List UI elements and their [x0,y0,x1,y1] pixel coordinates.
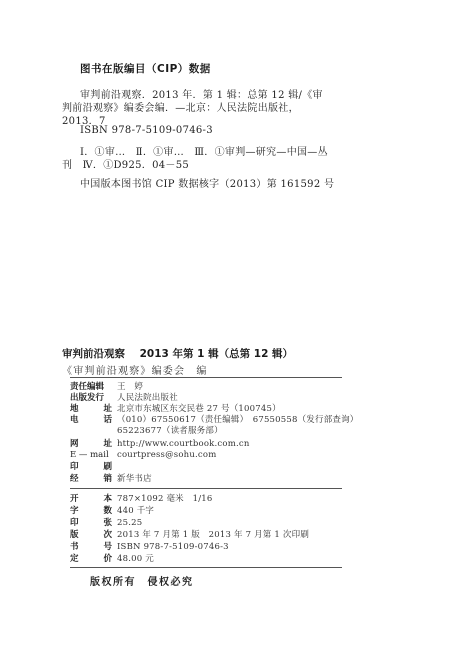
divider-rule [70,488,342,489]
spec-label: 印张 [70,518,112,529]
info-label: 出版发行 [70,393,112,404]
info-label: 地址 [70,404,112,415]
spec-label: 字数 [70,506,112,517]
book-title: 审判前沿观察 2013 年第 1 辑（总第 12 辑） [62,346,293,361]
info-label: E — mail [70,450,112,461]
info-value: （010）67550617（责任编辑） 67550558（发行部查询） [117,415,359,426]
spec-value: 440 千字 [117,506,154,517]
spec-label: 定价 [70,554,112,565]
spec-value: 25.25 [117,518,142,529]
book-title-name: 审判前沿观察 [62,348,125,360]
info-value: http://www.courtbook.com.cn [117,439,250,450]
info-label: 网址 [70,439,112,450]
info-label: 电话 [70,415,112,426]
editor-line: 《审判前沿观察》编委会 编 [62,362,208,377]
info-value: 北京市东城区东交民巷 27 号（100745） [117,404,281,415]
divider-rule [70,377,342,378]
spec-value: 787×1092 毫米 1/16 [117,494,212,505]
divider-rule [70,567,342,568]
spec-label: 书号 [70,542,112,553]
spec-label: 开本 [70,494,112,505]
cip-isbn: ISBN 978-7-5109-0746-3 [80,125,213,136]
info-value: 人民法院出版社 [117,393,178,404]
info-label: 经销 [70,474,112,485]
info-value: 新华书店 [117,474,152,485]
spec-value: 48.00 元 [117,554,154,565]
info-label: 印刷 [70,462,112,473]
info-label: 责任编辑 [70,382,112,393]
cip-record-number: 中国版本图书馆 CIP 数据核字（2013）第 161592 号 [80,175,334,190]
cip-classification-line: 刊 Ⅳ．①D925．04－55 [62,156,189,171]
copyright-notice: 版权所有 侵权必究 [90,573,194,588]
info-value: 王 婷 [117,382,143,393]
spec-value: ISBN 978-7-5109-0746-3 [117,542,229,553]
spec-value: 2013 年 7 月第 1 版 2013 年 7 月第 1 次印刷 [117,530,309,541]
spec-label: 版次 [70,530,112,541]
info-value: 65223677（读者服务部） [117,426,223,437]
info-value: courtpress@sohu.com [117,450,216,461]
book-title-issue: 2013 年第 1 辑（总第 12 辑） [140,348,293,360]
cip-heading: 图书在版编目（CIP）数据 [80,61,211,76]
